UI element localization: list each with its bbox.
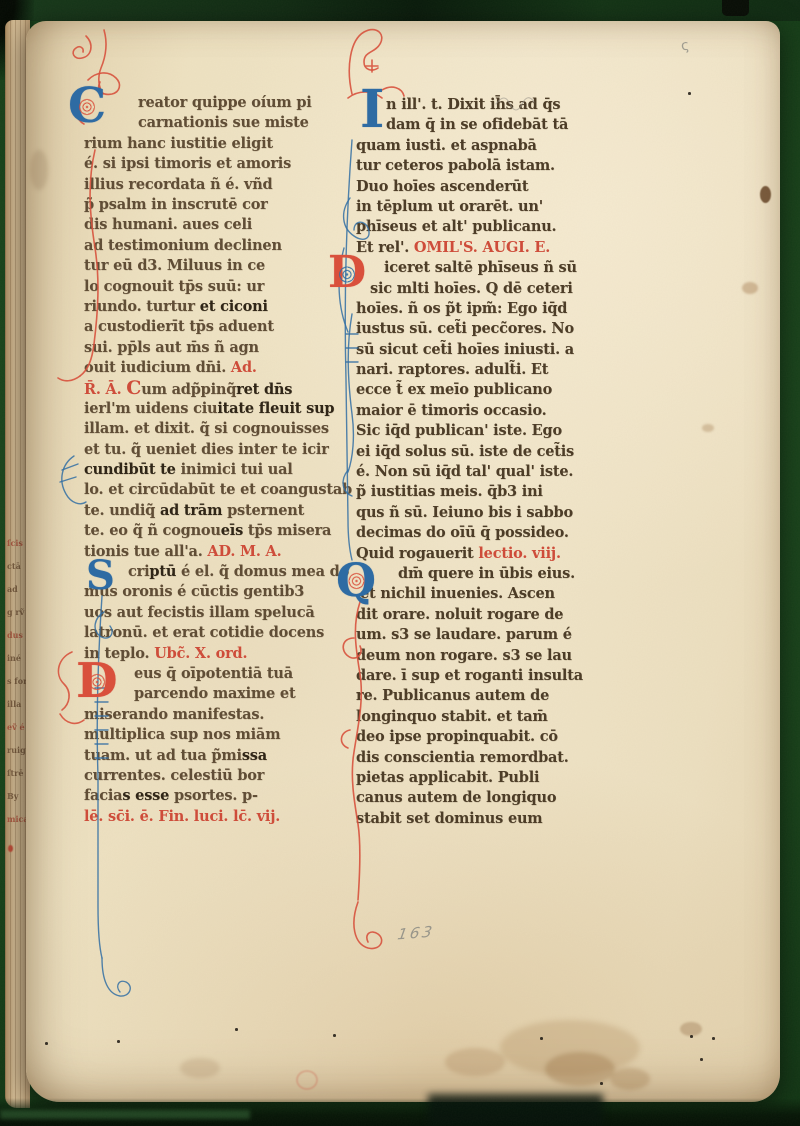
text-line: riundo. turtur et ciconi [84,297,352,317]
text-line: te. undiq̃ ad trām psternent [84,501,352,521]
text-column-left: reator quippe oíum picarnationis sue mis… [84,93,352,827]
text-line: lo. et circūdabūt te et coangustab [84,480,352,500]
text-line: tionis tue all'a. AD. M. A. [84,542,352,562]
ink-speck [688,92,691,95]
text-line: iustus sū. cet̃i pecc̃ores. No [356,319,624,339]
text-line: reator quippe oíum pi [84,93,352,113]
text-column-right: n ill'. t. Dixit ih̄s ad q̄sdam q̄ in se… [356,95,624,829]
text-line: illam. et dixit. q̃ si cognouisses [84,419,352,439]
corner-pencil-mark: ς [680,38,690,55]
text-line: sic mlti hoīes. Q dē ceteri [356,279,624,299]
text-line: n ill'. t. Dixit ih̄s ad q̄s [356,95,624,115]
text-line: deum non rogare. s3 se lau [356,646,624,666]
drop-cap-filigree [88,673,105,692]
ink-speck [45,1042,48,1045]
text-line: et nichil inuenies. Ascen [356,584,624,604]
text-line: et tu. q̃ ueniet dies inter te icir [84,440,352,460]
text-line: é. Non sū iq̄d tal' qual' iste. [356,462,624,482]
text-line: longinquo stabit. et tam̄ [356,707,624,727]
folio-number: 163 [396,922,436,943]
text-line: criptū é el. q̃ domus mea do [84,562,352,582]
text-line: illius recordata ñ é. vñd [84,175,352,195]
text-line: parcendo maxime et [84,684,352,704]
text-line: é. si ipsi timoris et amoris [84,154,352,174]
text-line: R̄. Ā. Cum adp̃pinq̃ret dn̄s [84,378,352,398]
ink-speck [540,1037,543,1040]
text-line: pietas applicabit. Publi [356,768,624,788]
text-line: eus q̄ oīpotentiā tuā [84,664,352,684]
text-line: iceret saltē phīseus ñ sū [356,258,624,278]
manuscript-photo: ſcisctāadg rṽdusinés forillaeṽ éruigſtrē… [0,0,800,1126]
top-edge-black-mark [722,0,749,16]
text-line: dit orare. noluit rogare de [356,605,624,625]
text-line: in teplo. Ubc̃. X. ord. [84,644,352,664]
text-line: p̃ iustitias meis. q̄b3 ini [356,482,624,502]
text-line: quam iusti. et aspnabā [356,136,624,156]
text-line: dis conscientia remordbat. [356,748,624,768]
text-line: um. s3 se laudare. parum é [356,625,624,645]
text-line: phīseus et alt' publicanu. [356,217,624,237]
ink-speck [333,1034,336,1037]
text-line: nari. raptores. adult̃i. Et [356,360,624,380]
manuscript-page: reator quippe oíum picarnationis sue mis… [26,21,780,1102]
text-line: tur eū d3. Miluus in ce [84,256,352,276]
text-line: currentes. celestiū bor [84,766,352,786]
text-line: in tēplum ut orarēt. un' [356,197,624,217]
text-line: dare. ī sup et roganti insulta [356,666,624,686]
text-line: decimas do oīū q̄ possideo. [356,523,624,543]
text-line: rium hanc iustitie eligit [84,134,352,154]
text-line: ad testimonium declinen [84,236,352,256]
drop-cap-i: I [360,87,384,133]
text-line: mus oronis é cūctis gentib3 [84,582,352,602]
text-line: Duo hoīes ascenderūt [356,177,624,197]
ink-speck [712,1037,715,1040]
text-line: facias esse psortes. p- [84,786,352,806]
text-line: uos aut fecistis illam spelucā [84,603,352,623]
ink-speck [600,1082,603,1085]
text-line: dm̄ quere in ūbis eius. [356,564,624,584]
drop-cap-c: C [68,85,106,127]
ink-speck [690,1035,693,1038]
text-line: re. Publicanus autem de [356,686,624,706]
text-line: latronū. et erat cotidie docens [84,623,352,643]
text-line: Et rel'. OMIL'S. AUGI. E. [356,238,624,258]
text-line: ecce t̃ ex meīo publicano [356,380,624,400]
text-line: te. eo q̃ ñ cognoueīs tp̄s misera [84,521,352,541]
gutter-red-ink-dot [8,845,13,852]
text-line: multiplica sup nos miām [84,725,352,745]
text-line: carnationis sue miste [84,113,352,133]
text-line: ei iq̄d solus sū. iste de cet̃is [356,442,624,462]
ink-speck [700,1058,703,1061]
background-top-band [0,0,800,21]
text-line: dam q̄ in se ofidebāt tā [356,115,624,135]
text-line: cundibūt te inimici tui ual [84,460,352,480]
text-line: maior ē timoris occasio. [356,401,624,421]
text-line: canus autem de longiquo [356,788,624,808]
drop-cap-q: Q [336,560,376,600]
text-line: tur ceteros pabolā istam. [356,156,624,176]
bottom-green-strip [0,1110,250,1119]
text-line: a custodierīt tp̄s aduent [84,317,352,337]
text-line: ouit iudicium dn̄i. Ad. [84,358,352,378]
text-line: miserando manifestas. [84,705,352,725]
drop-cap-filigree [339,266,355,283]
text-line: ierl'm uidens ciuitate fleuit sup [84,399,352,419]
ink-speck [235,1028,238,1031]
drop-cap-d: D [76,660,118,702]
text-line: hoīes. ñ os p̃t ipm̃: Ego iq̄d [356,299,624,319]
text-line: lē. sc̄i. ē. Fin. luci. lc̄. vij. [84,807,352,827]
ink-speck [117,1040,120,1043]
text-line: sui. pp̄ls aut m̄s ñ agn [84,338,352,358]
bottom-black-mark [428,1094,603,1126]
drop-cap-filigree [79,98,95,117]
text-line: p̃ psalm in inscrutē cor [84,195,352,215]
text-line: deo ipse propinquabit. cō [356,727,624,747]
drop-cap-filigree [348,572,365,590]
text-line: dis humani. aues celi [84,215,352,235]
text-line: sū sicut cet̃i hoīes iniusti. a [356,340,624,360]
text-line: qus ñ sū. Ieiuno bis i sabbo [356,503,624,523]
text-line: tuam. ut ad tua p̃missa [84,746,352,766]
drop-cap-s: S [86,558,115,593]
drop-cap-d: D [328,254,366,293]
text-line: stabit set dominus eum [356,809,624,829]
text-line: Sic iq̄d publican' iste. Ego [356,421,624,441]
text-line: Quid rogauerit lectio. viij. [356,544,624,564]
text-line: lo cognouit tp̄s suū: ur [84,277,352,297]
